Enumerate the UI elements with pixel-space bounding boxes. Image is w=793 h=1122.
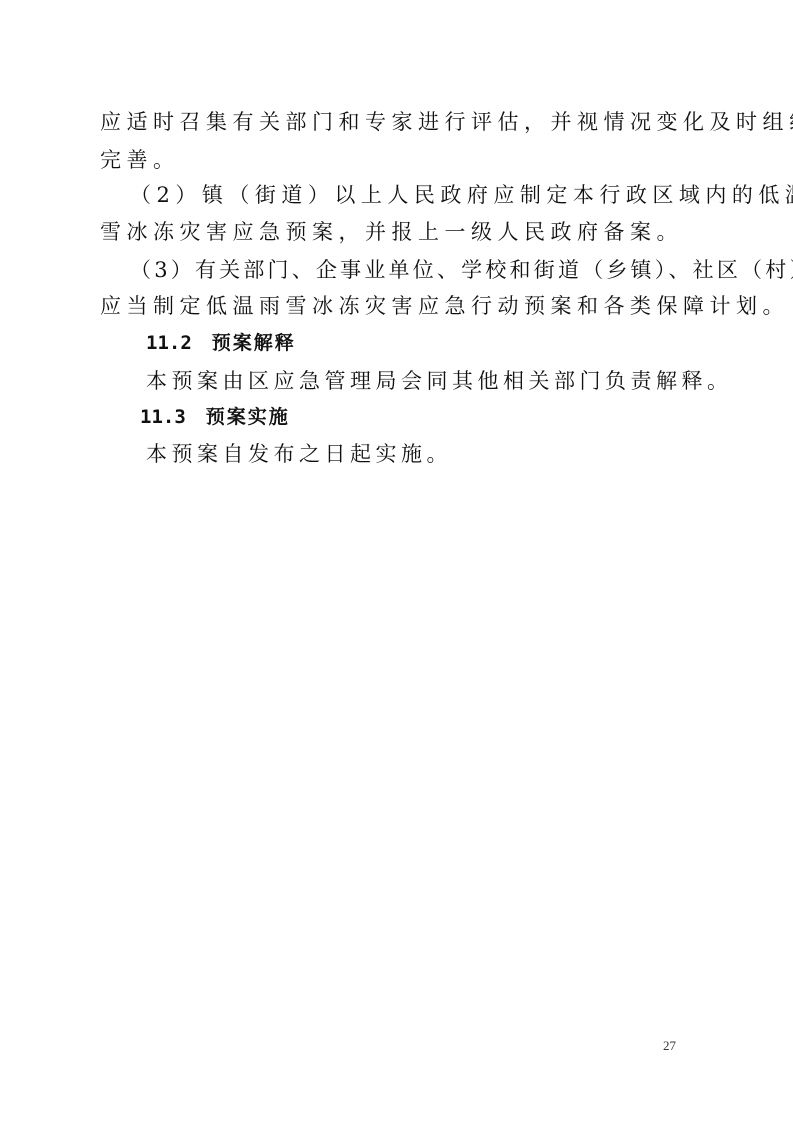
section-11-3-body: 本预案自发布之日起实施。 bbox=[146, 441, 452, 467]
document-page: 应适时召集有关部门和专家进行评估，并视情况变化及时组织修订 完善。 （2）镇（街… bbox=[0, 0, 793, 1122]
section-title: 预案解释 bbox=[212, 332, 296, 354]
paragraph-3-line-1: （3）有关部门、企事业单位、学校和街道（乡镇）、社区（村） bbox=[130, 257, 793, 283]
section-heading-11-3: 11.3预案实施 bbox=[140, 404, 290, 430]
paragraph-1-line-2: 完善。 bbox=[100, 147, 180, 173]
paragraph-2-line-2: 雪冰冻灾害应急预案，并报上一级人民政府备案。 bbox=[100, 219, 683, 245]
section-number: 11.3 bbox=[140, 406, 186, 428]
section-heading-11-2: 11.2预案解释 bbox=[146, 330, 296, 356]
paragraph-2-line-1: （2）镇（街道）以上人民政府应制定本行政区域内的低温雨 bbox=[130, 182, 793, 208]
paragraph-1-line-1: 应适时召集有关部门和专家进行评估，并视情况变化及时组织修订 bbox=[100, 109, 793, 135]
section-title: 预案实施 bbox=[206, 406, 290, 428]
page-number: 27 bbox=[663, 1038, 676, 1054]
section-11-2-body: 本预案由区应急管理局会同其他相关部门负责解释。 bbox=[146, 368, 733, 394]
paragraph-3-line-2: 应当制定低温雨雪冰冻灾害应急行动预案和各类保障计划。 bbox=[100, 293, 789, 319]
section-number: 11.2 bbox=[146, 332, 192, 354]
